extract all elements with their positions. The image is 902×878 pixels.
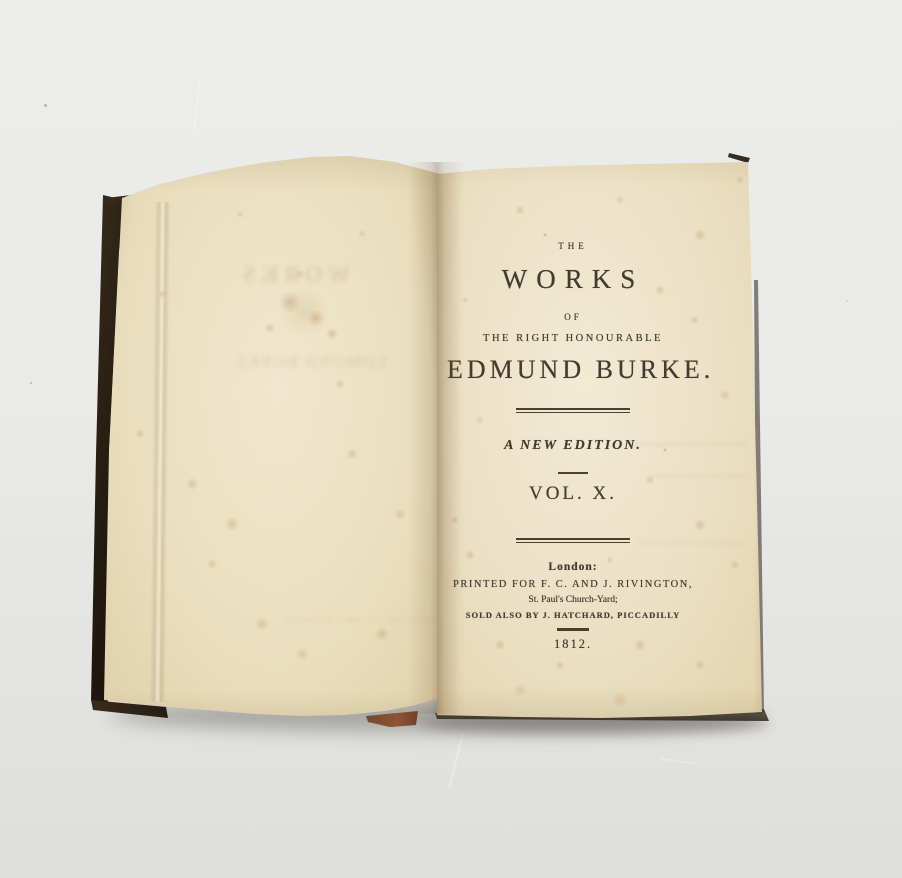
left-page-blank-verso: WORKS EDMUND BURKE. PRINTED FOR F. C. AN… — [100, 152, 440, 720]
showthrough-imprint-text: PRINTED FOR F. C. AND J. RIVINGTON, — [312, 617, 442, 625]
surface-scratch — [193, 78, 200, 130]
imprint-city: London: — [447, 561, 699, 573]
short-rule-divider — [558, 472, 588, 474]
dust-speck — [44, 104, 47, 107]
showthrough-title-text: WORKS — [208, 262, 378, 288]
short-rule-divider — [557, 628, 589, 631]
surface-scratch — [448, 733, 464, 790]
volume-number: VOL. X. — [447, 483, 699, 505]
imprint-publisher: PRINTED FOR F. C. AND J. RIVINGTON, — [447, 579, 699, 590]
double-rule-divider — [516, 538, 630, 543]
title-line-of: OF — [447, 312, 699, 322]
page-crease — [149, 202, 170, 702]
surface-scratch — [660, 758, 694, 764]
imprint-seller: SOLD ALSO BY J. HATCHARD, PICCADILLY — [447, 610, 699, 620]
title-line-the: THE — [447, 241, 699, 251]
title-page-text-block: THE WORKS OF THE RIGHT HONOURABLE EDMUND… — [447, 158, 699, 720]
right-page-title-page: THE WORKS OF THE RIGHT HONOURABLE EDMUND… — [437, 158, 767, 720]
author-honorific: THE RIGHT HONOURABLE — [447, 333, 699, 344]
author-name: EDMUND BURKE. — [447, 355, 699, 385]
double-rule-divider — [516, 408, 630, 413]
dust-speck — [30, 382, 32, 384]
photo-scene: WORKS EDMUND BURKE. PRINTED FOR F. C. AN… — [0, 0, 902, 878]
dust-speck — [846, 300, 848, 302]
edition-statement: A NEW EDITION. — [447, 438, 699, 454]
imprint-year: 1812. — [447, 637, 699, 652]
book-title: WORKS — [447, 264, 699, 295]
showthrough-author-text: EDMUND BURKE. — [212, 354, 402, 372]
imprint-address: St. Paul's Church-Yard; — [447, 595, 699, 605]
